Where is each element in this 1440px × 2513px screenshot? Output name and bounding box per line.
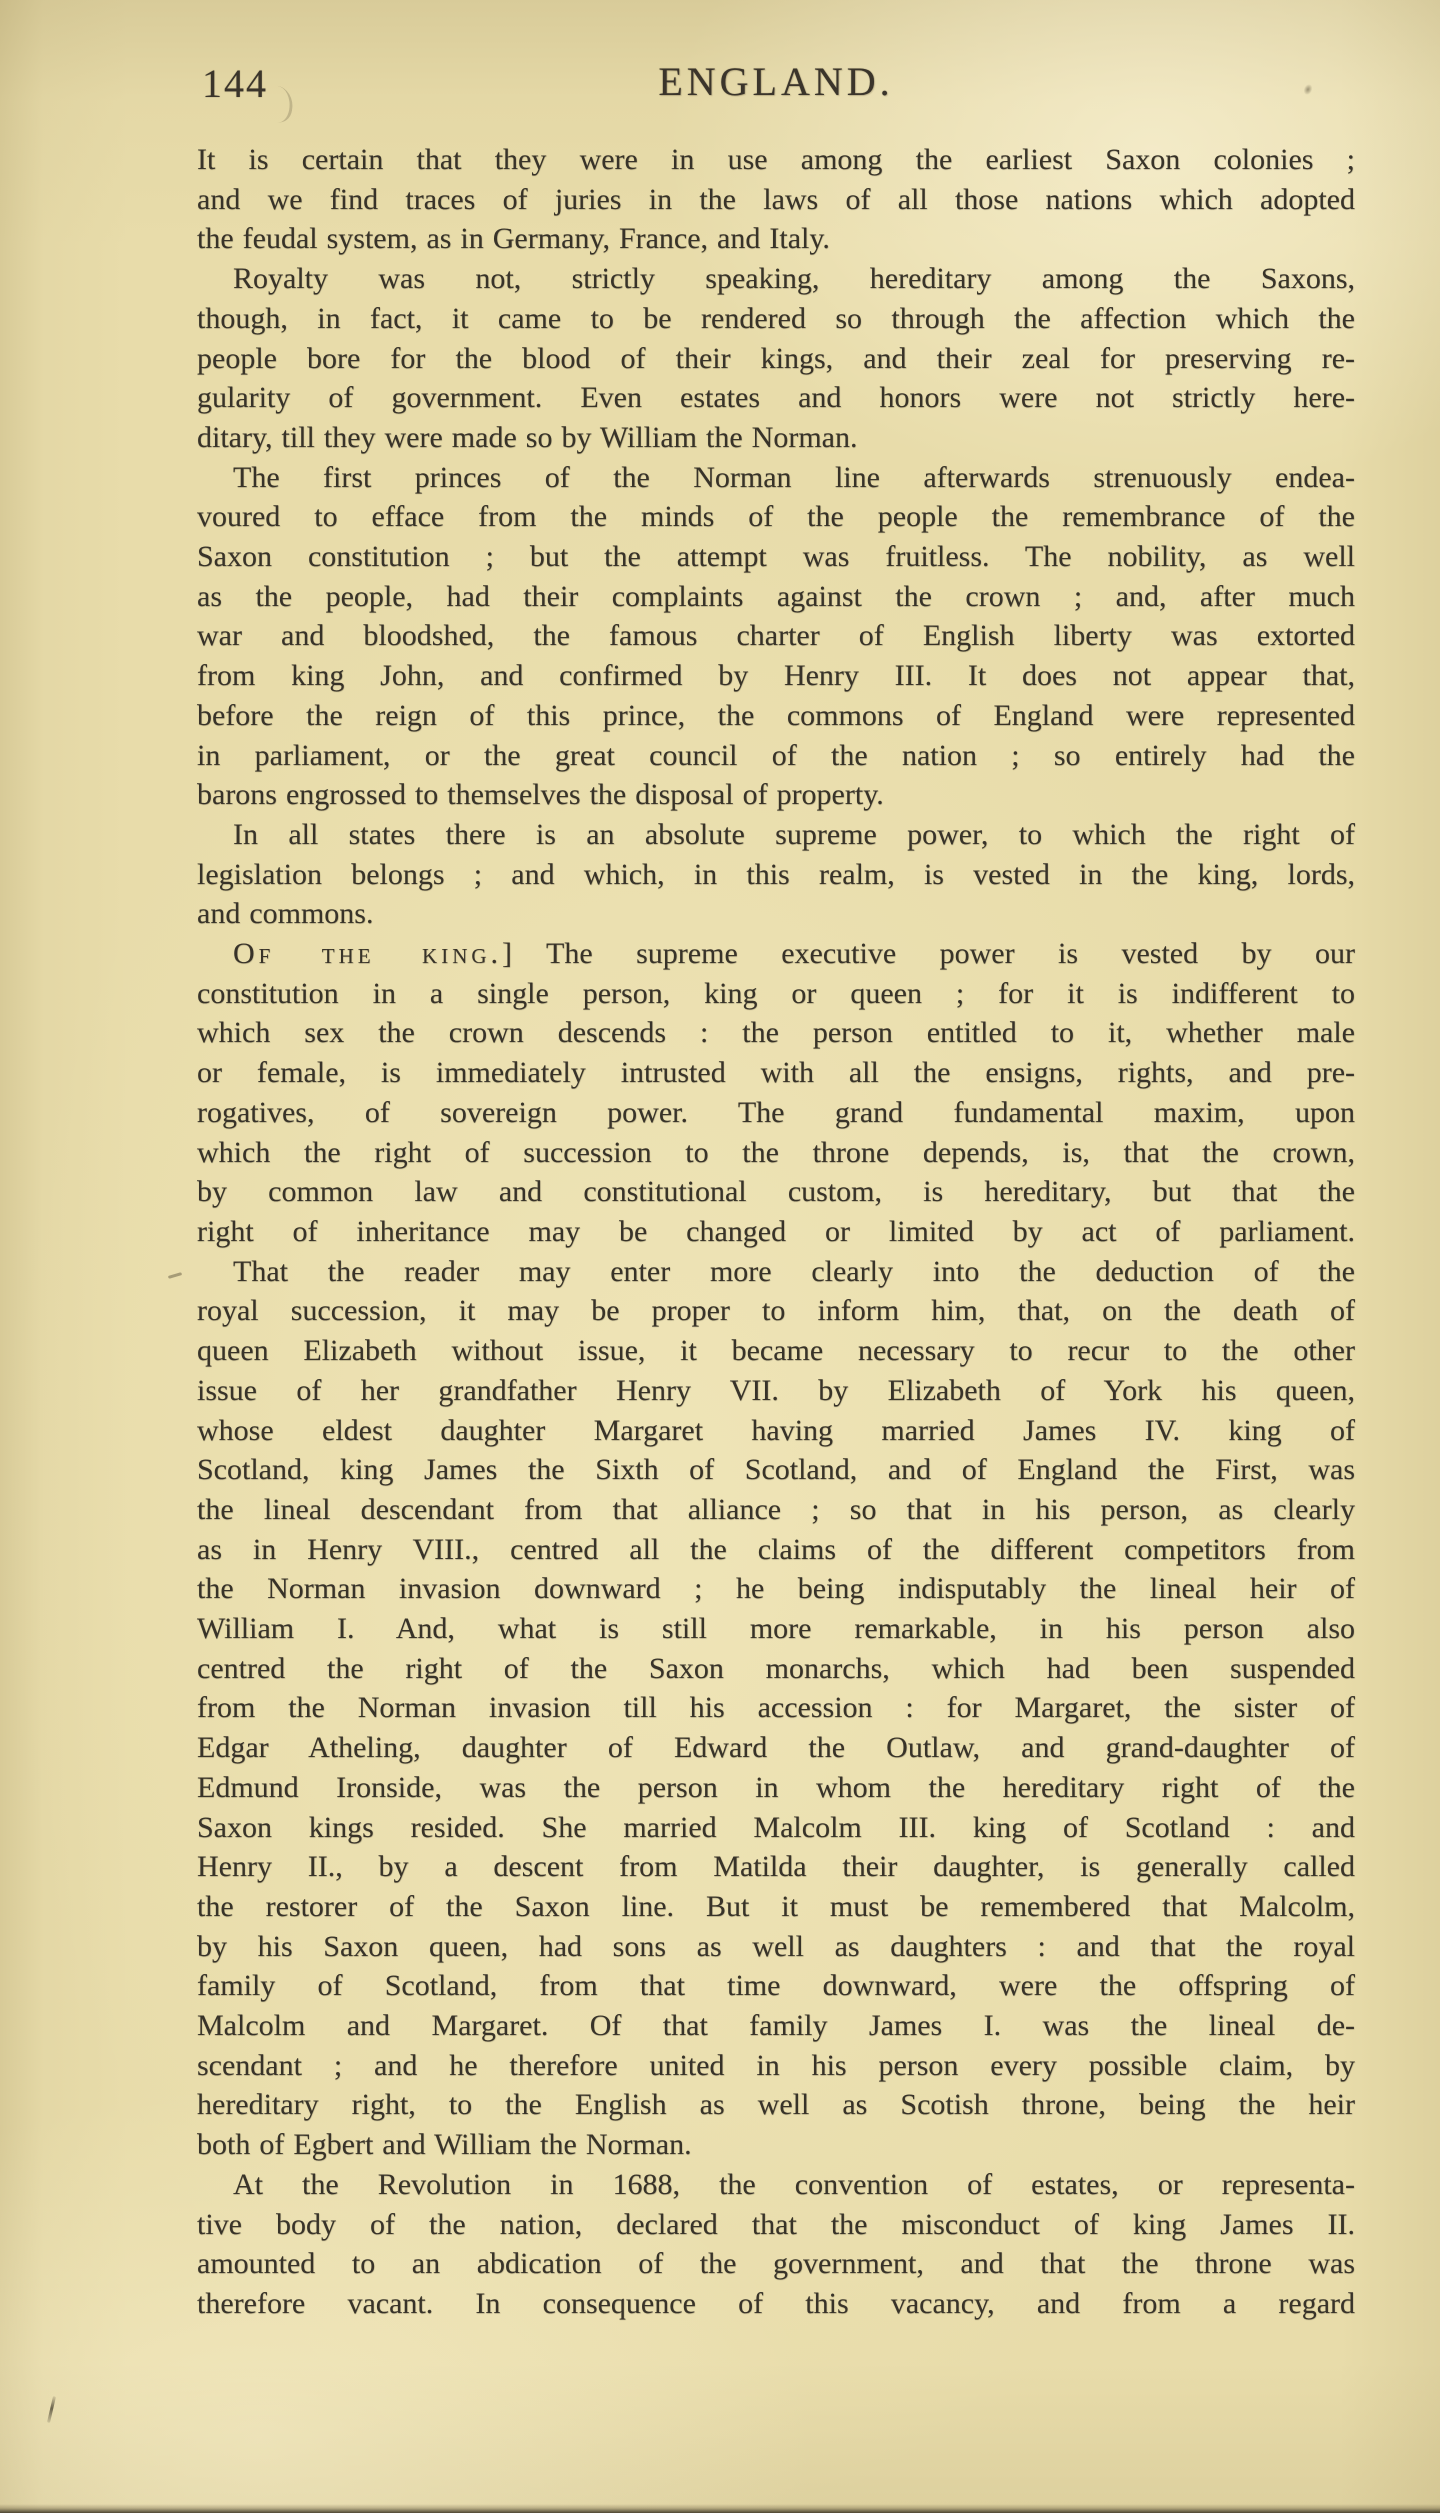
text-line: It is certain that they were in use amon… [197,140,1355,180]
stray-dash-mark [168,1272,182,1279]
text-line: right of inheritance may be changed or l… [197,1212,1355,1252]
text-line: At the Revolution in 1688, the conventio… [197,2165,1355,2205]
text-line: Henry II., by a descent from Matilda the… [197,1847,1355,1887]
pen-mark [47,2396,56,2423]
text-line: Scotland, king James the Sixth of Scotla… [197,1450,1355,1490]
text-line: which the right of succession to the thr… [197,1133,1355,1173]
text-line: the restorer of the Saxon line. But it m… [197,1887,1355,1927]
text-line: tive body of the nation, declared that t… [197,2205,1355,2245]
page-body: It is certain that they were in use amon… [197,140,1355,2324]
text-line: the lineal descendant from that alliance… [197,1490,1355,1530]
text-line: Saxon kings resided. She married Malcolm… [197,1808,1355,1848]
text-line: The first princes of the Norman line aft… [197,458,1355,498]
section-heading: Of the king.] [233,937,516,970]
text-line: constitution in a single person, king or… [197,974,1355,1014]
text-line: Royalty was not, strictly speaking, here… [197,259,1355,299]
text-line: William I. And, what is still more remar… [197,1609,1355,1649]
text-line: hereditary right, to the English as well… [197,2085,1355,2125]
page-bottom-edge [0,2504,1440,2513]
text-line: therefore vacant. In consequence of this… [197,2284,1355,2324]
text-line: barons engrossed to themselves the dispo… [197,775,1355,815]
text-line: as the people, had their complaints agai… [197,577,1355,617]
text-line: rogatives, of sovereign power. The grand… [197,1093,1355,1133]
text-line: amounted to an abdication of the governm… [197,2244,1355,2284]
text-line: as in Henry VIII., centred all the claim… [197,1530,1355,1570]
book-page: 144 ENGLAND. It is certain that they wer… [0,0,1440,2513]
text-line: Edgar Atheling, daughter of Edward the O… [197,1728,1355,1768]
text-line: In all states there is an absolute supre… [197,815,1355,855]
text-line: whose eldest daughter Margaret having ma… [197,1411,1355,1451]
text-line: gularity of government. Even estates and… [197,378,1355,418]
text-line: which sex the crown descends : the perso… [197,1013,1355,1053]
text-line: ditary, till they were made so by Willia… [197,418,1355,458]
text-line: That the reader may enter more clearly i… [197,1252,1355,1292]
text-line: issue of her grandfather Henry VII. by E… [197,1371,1355,1411]
text-line: royal succession, it may be proper to in… [197,1291,1355,1331]
text-line: legislation belongs ; and which, in this… [197,855,1355,895]
text-line: Saxon constitution ; but the attempt was… [197,537,1355,577]
text-line: from king John, and confirmed by Henry I… [197,656,1355,696]
text-line: Of the king.]The supreme executive power… [197,934,1355,974]
text-line: in parliament, or the great council of t… [197,736,1355,776]
text-line: the Norman invasion downward ; he being … [197,1569,1355,1609]
text-line: and we find traces of juries in the laws… [197,180,1355,220]
text-line: war and bloodshed, the famous charter of… [197,616,1355,656]
text-line: people bore for the blood of their kings… [197,339,1355,379]
text-line: both of Egbert and William the Norman. [197,2125,1355,2165]
text-line: before the reign of this prince, the com… [197,696,1355,736]
text-line: by common law and constitutional custom,… [197,1172,1355,1212]
text-line: scendant ; and he therefore united in hi… [197,2046,1355,2086]
text-line: family of Scotland, from that time downw… [197,1966,1355,2006]
text-line: from the Norman invasion till his access… [197,1688,1355,1728]
text-line: the feudal system, as in Germany, France… [197,219,1355,259]
text-line: voured to efface from the minds of the p… [197,497,1355,537]
text-line: and commons. [197,894,1355,934]
text-line: Edmund Ironside, was the person in whom … [197,1768,1355,1808]
text-line: by his Saxon queen, had sons as well as … [197,1927,1355,1967]
text-run: The supreme executive power is vested by… [546,937,1355,970]
text-line: Malcolm and Margaret. Of that family Jam… [197,2006,1355,2046]
text-line: centred the right of the Saxon monarchs,… [197,1649,1355,1689]
text-line: queen Elizabeth without issue, it became… [197,1331,1355,1371]
text-line: though, in fact, it came to be rendered … [197,299,1355,339]
text-line: or female, is immediately intrusted with… [197,1053,1355,1093]
running-header: ENGLAND. [197,62,1355,102]
